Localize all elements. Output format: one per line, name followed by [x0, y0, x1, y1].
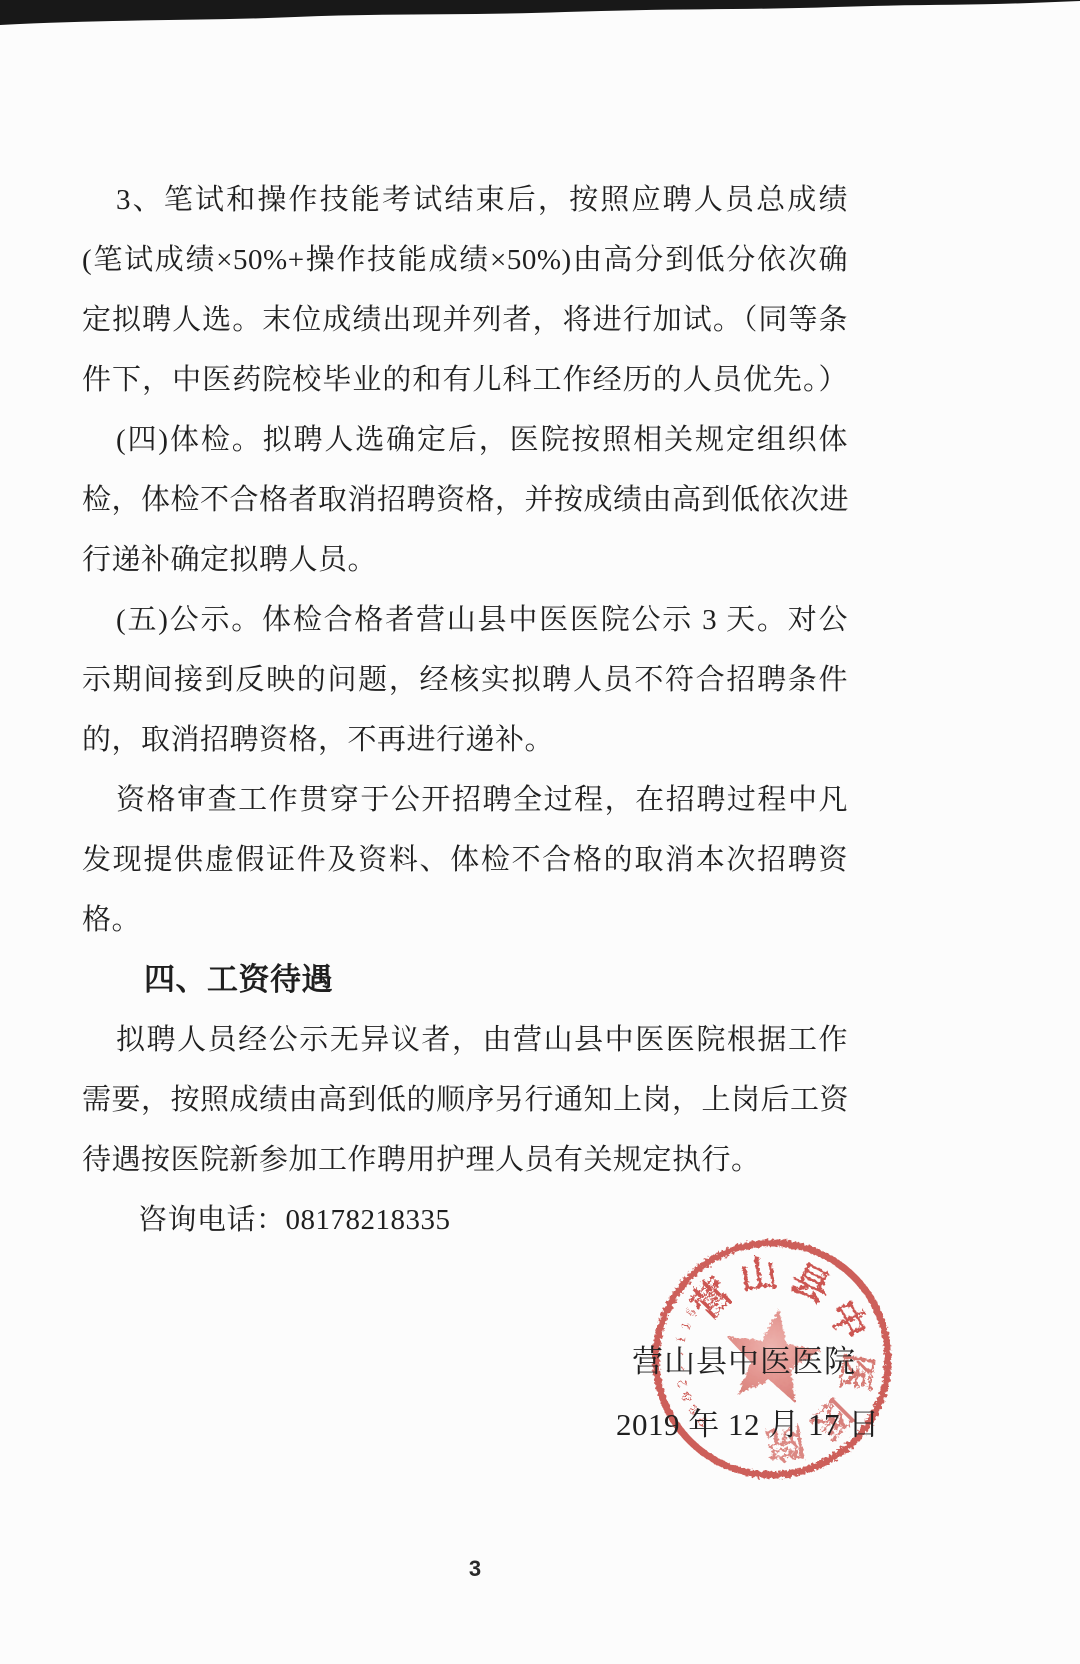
doc-line: 示期间接到反映的问题，经核实拟聘人员不符合招聘条件 — [82, 650, 848, 710]
doc-line: (四)体检。拟聘人选确定后，医院按照相关规定组织体 — [82, 410, 848, 470]
svg-text:县: 县 — [784, 1257, 837, 1312]
signature-org: 营山县中医医院 — [632, 1342, 856, 1382]
scanned-document-page: 3、笔试和操作技能考试结束后，按照应聘人员总成绩 (笔试成绩×50%+操作技能成… — [0, 0, 1080, 1664]
doc-line-salary-heading: 四、工资待遇 — [82, 950, 848, 1010]
doc-line: 发现提供虚假证件及资料、体检不合格的取消本次招聘资 — [82, 830, 848, 890]
doc-line: 件下，中医药院校毕业的和有儿科工作经历的人员优先。） — [82, 350, 848, 410]
doc-line: 需要，按照成绩由高到低的顺序另行通知上岗，上岗后工资 — [82, 1070, 848, 1130]
doc-line: 定拟聘人选。末位成绩出现并列者，将进行加试。（同等条 — [82, 290, 848, 350]
svg-text:0: 0 — [679, 1390, 696, 1402]
doc-line: 行递补确定拟聘人员。 — [82, 530, 848, 590]
signature-date: 2019 年 12 月 17 日 — [616, 1402, 880, 1448]
page-number: 3 — [453, 1556, 497, 1582]
scan-dark-edge — [0, 0, 1080, 30]
svg-text:营: 营 — [684, 1271, 741, 1328]
doc-line: 3、笔试和操作技能考试结束后，按照应聘人员总成绩 — [82, 170, 848, 230]
doc-line: 资格审查工作贯穿于公开招聘全过程，在招聘过程中凡 — [82, 770, 848, 830]
doc-line: 的，取消招聘资格，不再进行递补。 — [82, 710, 848, 770]
document-body: 3、笔试和操作技能考试结束后，按照应聘人员总成绩 (笔试成绩×50%+操作技能成… — [82, 170, 848, 1250]
svg-text:山: 山 — [737, 1252, 781, 1299]
doc-line: 检，体检不合格者取消招聘资格，并按成绩由高到低依次进 — [82, 470, 848, 530]
doc-line: 格。 — [82, 890, 848, 950]
doc-line: 拟聘人员经公示无异议者，由营山县中医医院根据工作 — [82, 1010, 848, 1070]
svg-text:1: 1 — [677, 1320, 694, 1332]
svg-text:中: 中 — [820, 1294, 875, 1347]
doc-line: (五)公示。体检合格者营山县中医医院公示 3 天。对公 — [82, 590, 848, 650]
doc-line: (笔试成绩×50%+操作技能成绩×50%)由高分到低分依次确 — [82, 230, 848, 290]
doc-line: 待遇按医院新参加工作聘用护理人员有关规定执行。 — [82, 1130, 848, 1190]
